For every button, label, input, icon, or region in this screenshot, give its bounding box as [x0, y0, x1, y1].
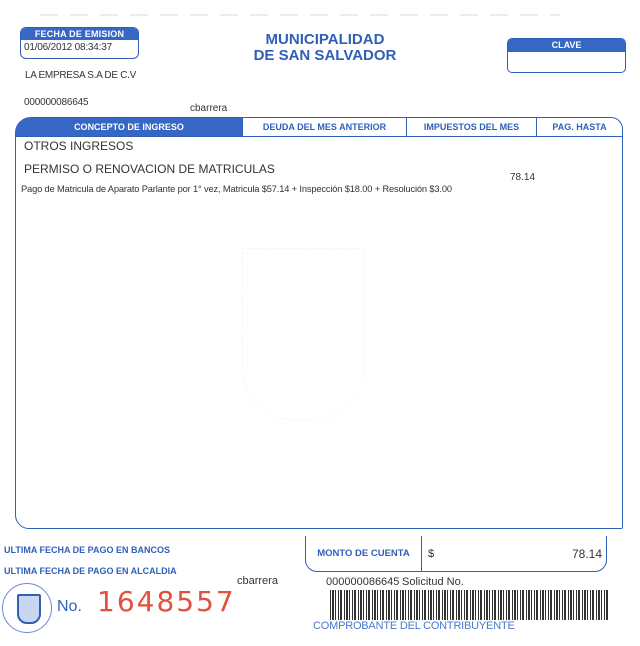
- column-header-concepto: CONCEPTO DE INGRESO: [16, 118, 243, 136]
- title-line-2: DE SAN SALVADOR: [230, 48, 420, 64]
- clave-box: CLAVE: [507, 38, 626, 73]
- company-name: LA EMPRESA S.A DE C.V: [25, 70, 136, 81]
- fecha-emision-value: 01/06/2012 08:34:37: [21, 40, 138, 56]
- barcode-account-number: 000000086645: [326, 576, 399, 588]
- fecha-emision-box: FECHA DE EMISION 01/06/2012 08:34:37: [20, 27, 139, 59]
- category-label: OTROS INGRESOS: [24, 139, 133, 153]
- watermark-shield: [242, 248, 364, 420]
- national-seal-icon: [2, 583, 52, 633]
- document-title: MUNICIPALIDAD DE SAN SALVADOR: [230, 32, 420, 64]
- title-line-1: MUNICIPALIDAD: [230, 32, 420, 48]
- scan-artifact: [40, 14, 560, 16]
- clave-label: CLAVE: [508, 39, 625, 52]
- user-name: cbarrera: [190, 103, 227, 114]
- solicitud-label: Solicitud No.: [402, 576, 464, 588]
- receipt-no-label: No.: [57, 598, 82, 616]
- currency-symbol: $: [422, 536, 434, 571]
- comprobante-label: COMPROBANTE DEL CONTRIBUYENTE: [313, 620, 515, 632]
- column-header-impuestos: IMPUESTOS DEL MES: [407, 118, 537, 136]
- monto-label: MONTO DE CUENTA: [306, 536, 422, 571]
- column-header-pag-hasta: PAG. HASTA: [537, 118, 622, 136]
- barcode: [330, 590, 608, 620]
- item-label: PERMISO O RENOVACION DE MATRICULAS: [24, 162, 275, 176]
- table-header: CONCEPTO DE INGRESO DEUDA DEL MES ANTERI…: [16, 118, 622, 137]
- concept-table: CONCEPTO DE INGRESO DEUDA DEL MES ANTERI…: [15, 117, 623, 529]
- item-description: Pago de Matricula de Aparato Parlante po…: [21, 184, 452, 194]
- item-amount: 78.14: [510, 172, 535, 183]
- ultima-fecha-alcaldia: ULTIMA FECHA DE PAGO EN ALCALDIA: [4, 566, 177, 576]
- account-number: 000000086645: [24, 97, 88, 108]
- monto-value: 78.14: [572, 536, 606, 571]
- ultima-fecha-bancos: ULTIMA FECHA DE PAGO EN BANCOS: [4, 545, 170, 555]
- footer-user-name: cbarrera: [237, 575, 278, 587]
- column-header-deuda: DEUDA DEL MES ANTERIOR: [243, 118, 407, 136]
- receipt-number: 1648557: [97, 585, 236, 618]
- monto-box: MONTO DE CUENTA $ 78.14: [305, 536, 607, 572]
- fecha-emision-label: FECHA DE EMISION: [21, 28, 138, 40]
